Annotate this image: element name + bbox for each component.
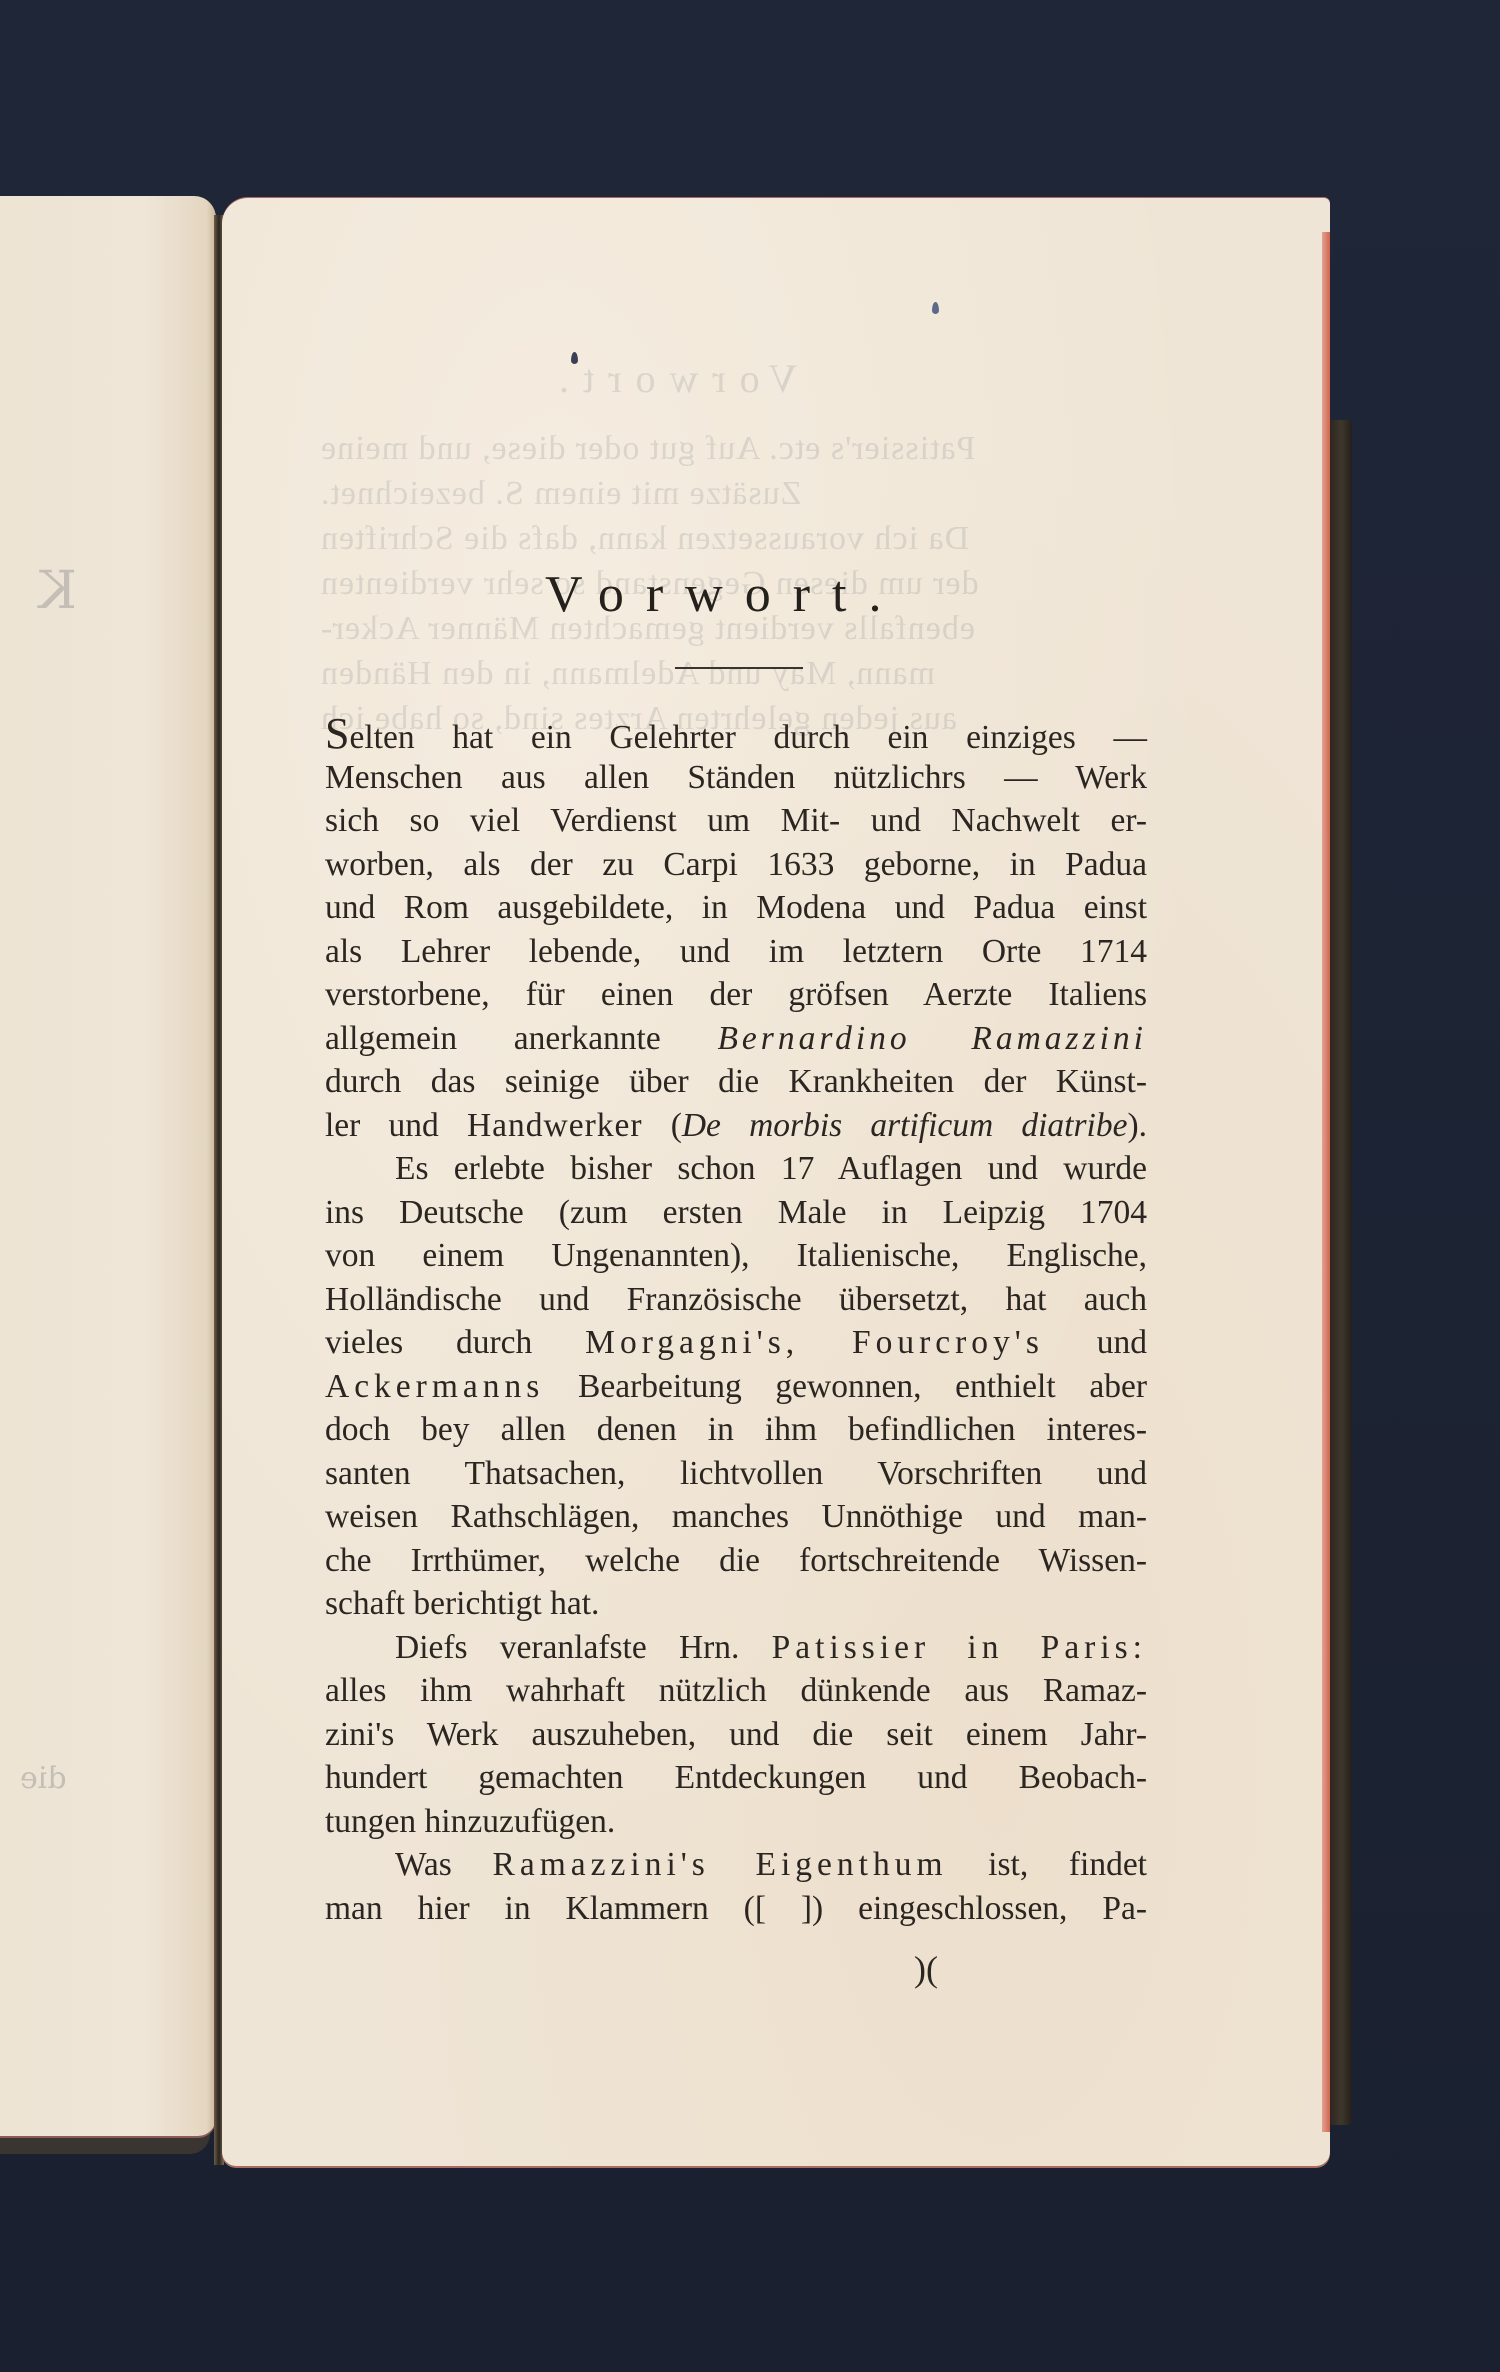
bleed-through-line: Zusätze mit einem S. bezeichnet. [320, 475, 801, 513]
text-line: tungen hinzuzufügen. [325, 1800, 1147, 1844]
text-line: zini's Werk auszuheben, und die seit ein… [325, 1713, 1147, 1757]
text-line: und Rom ausgebildete, in Modena und Padu… [325, 886, 1147, 930]
text-line: durch das seinige über die Krankheiten d… [325, 1060, 1147, 1104]
title-rule [675, 667, 803, 669]
text-line: ins Deutsche (zum ersten Male in Leipzig… [325, 1191, 1147, 1235]
text-line: Selten hat ein Gelehrter durch ein einzi… [325, 712, 1147, 756]
bleed-glyph-die: die [20, 1761, 67, 1796]
text-line: Holländische und Französische übersetzt,… [325, 1278, 1147, 1322]
bleed-through-line: Vorwort. [545, 355, 797, 402]
text-line: Menschen aus allen Ständen nützlichrs — … [325, 756, 1147, 800]
bleed-glyph-k: K [38, 561, 77, 621]
text-line: vieles durch Morgagni's, Fourcroy's und [325, 1321, 1147, 1365]
ink-speck [932, 302, 939, 314]
signature-mark: )( [914, 1948, 938, 1990]
bleed-through-line: mann, May und Adelmann, in den Händen [320, 655, 935, 693]
text-line: hundert gemachten Entdeckungen und Beoba… [325, 1756, 1147, 1800]
name-patissier: Patissier in Paris: [772, 1629, 1147, 1666]
paragraph-1: Selten hat ein Gelehrter durch ein einzi… [325, 712, 1147, 1147]
text-line: worben, als der zu Carpi 1633 geborne, i… [325, 843, 1147, 887]
name-fourcroy: Fourcroy's [852, 1324, 1044, 1361]
author-name: Bernardino Ramazzini [717, 1020, 1147, 1057]
name-morgagni: Morgagni's, [585, 1324, 799, 1361]
bleed-through-line: Patissier's etc. Auf gut oder diese, und… [320, 430, 976, 468]
text-line: santen Thatsachen, lichtvollen Vorschrif… [325, 1452, 1147, 1496]
text-line: Diefs veranlafste Hrn. Patissier in Pari… [325, 1626, 1147, 1670]
text-line: weisen Rathschlägen, manches Unnöthige u… [325, 1495, 1147, 1539]
paragraph-4: Was Ramazzini's Eigenthum ist, findet ma… [325, 1843, 1147, 1930]
text-line: allgemein anerkannte Bernardino Ramazzin… [325, 1017, 1147, 1061]
text-line: verstorbene, für einen der gröfsen Aerzt… [325, 973, 1147, 1017]
left-page: K die [0, 196, 216, 2136]
red-page-edge [1322, 232, 1330, 2132]
text-line: Es erlebte bisher schon 17 Auflagen und … [325, 1147, 1147, 1191]
paragraph-3: Diefs veranlafste Hrn. Patissier in Pari… [325, 1626, 1147, 1844]
text-line: sich so viel Verdienst um Mit- und Nachw… [325, 799, 1147, 843]
name-ramazzini: Ramazzini's Eigenthum [493, 1846, 948, 1883]
body-text: Selten hat ein Gelehrter durch ein einzi… [325, 712, 1147, 1930]
text-line: che Irrthümer, welche die fortschreitend… [325, 1539, 1147, 1583]
text-line: als Lehrer lebende, und im letztern Orte… [325, 930, 1147, 974]
text-line: Was Ramazzini's Eigenthum ist, findet [325, 1843, 1147, 1887]
text-line: ler und Handwerker (De morbis artificum … [325, 1104, 1147, 1148]
book-block-edge [1330, 420, 1352, 2125]
text-line: doch bey allen denen in ihm befindlichen… [325, 1408, 1147, 1452]
paragraph-2: Es erlebte bisher schon 17 Auflagen und … [325, 1147, 1147, 1626]
bleed-through-line: Da ich voraussetzen kann, dafs die Schri… [320, 520, 969, 558]
text-line: schaft berichtigt hat. [325, 1582, 1147, 1626]
text-line: von einem Ungenannten), Italienische, En… [325, 1234, 1147, 1278]
text-line: alles ihm wahrhaft nützlich dünkende aus… [325, 1669, 1147, 1713]
name-ackermann: Ackermanns [325, 1368, 544, 1405]
text-line: Ackermanns Bearbeitung gewonnen, enthiel… [325, 1365, 1147, 1409]
text-line: man hier in Klammern ([ ]) eingeschlosse… [325, 1887, 1147, 1931]
drop-cap: S [325, 709, 349, 758]
page-title: Vorwort. [545, 565, 945, 624]
work-title: De morbis artificum diatribe [682, 1107, 1128, 1144]
